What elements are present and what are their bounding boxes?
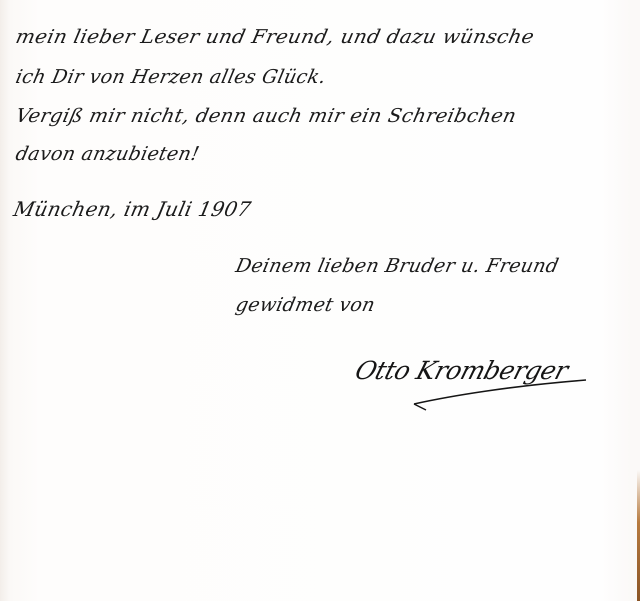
closing-line-1: Deinem lieben Bruder u. Freund	[234, 255, 561, 277]
letter-line-4: davon anzubieten!	[14, 143, 202, 165]
signature-flourish-icon	[410, 372, 590, 412]
letter-line-1: mein lieber Leser und Freund, und dazu w…	[14, 26, 537, 48]
closing-line-2: gewidmet von	[234, 294, 378, 316]
letter-page: mein lieber Leser und Freund, und dazu w…	[0, 0, 640, 601]
place-date: München, im Juli 1907	[11, 197, 253, 221]
letter-line-3: Vergiß mir nicht, denn auch mir ein Schr…	[14, 105, 519, 127]
letter-line-2: ich Dir von Herzen alles Glück.	[14, 66, 328, 88]
